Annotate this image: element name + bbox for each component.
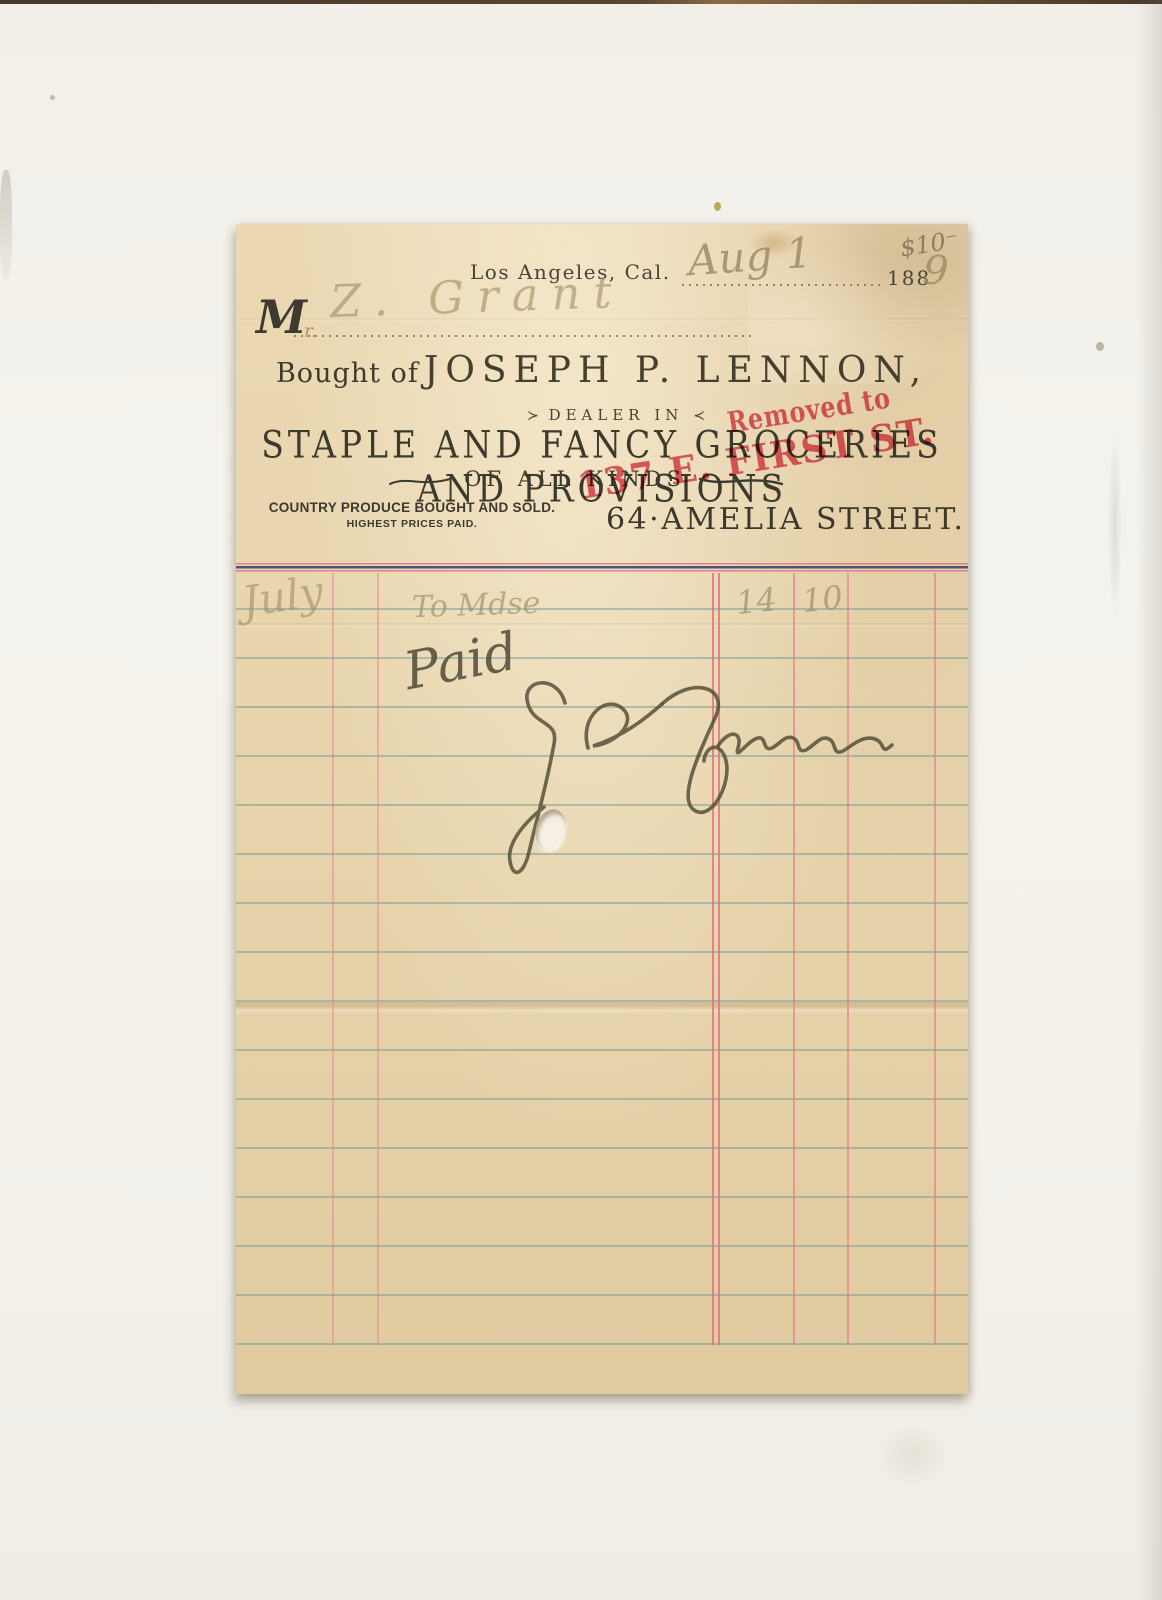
swash-left-icon xyxy=(388,474,452,488)
ledger-column-line xyxy=(332,573,334,1345)
background-speck xyxy=(50,95,55,100)
flourish-left-icon: ≻ xyxy=(527,408,539,424)
produce-notes: COUNTRY PRODUCE BOUGHT AND SOLD. HIGHEST… xyxy=(254,500,570,530)
scanner-right-shade xyxy=(1136,0,1162,1600)
ledger-column-line xyxy=(377,573,379,1345)
handwritten-addressee-name: Z. Grant xyxy=(329,265,625,328)
scanner-left-marks xyxy=(0,170,12,280)
addressee-dotted-rule xyxy=(294,335,756,337)
bought-of-label: Bought of xyxy=(276,358,419,389)
background-speck xyxy=(714,202,721,211)
country-produce-note: COUNTRY PRODUCE BOUGHT AND SOLD. xyxy=(254,500,570,515)
highest-prices-note: HIGHEST PRICES PAID. xyxy=(254,518,570,530)
street-address: 64·AMELIA STREET. xyxy=(606,502,966,537)
handwritten-date: Aug 1 xyxy=(686,228,813,286)
billhead-paper: Los Angeles, Cal. Aug 1 188 9 $10⁻ M r. … xyxy=(236,224,968,1394)
background-smudge xyxy=(878,1425,948,1485)
ledger-header-rule xyxy=(236,563,968,573)
scanner-streak xyxy=(1108,430,1122,620)
entry-amount-cents: 10 xyxy=(800,578,844,620)
merchant-name: JOSEPH P. LENNON, xyxy=(424,350,928,391)
handwritten-title: r. xyxy=(304,320,317,342)
entry-description: To Mdse xyxy=(411,586,541,625)
scanner-top-edge xyxy=(0,0,1162,4)
merchant-signature xyxy=(466,648,926,888)
ledger-column-line xyxy=(934,573,936,1345)
entry-amount-dollars: 14 xyxy=(734,580,778,622)
scanned-billhead-screenshot: { "colors": { "scanner_background": "#f3… xyxy=(0,0,1162,1600)
date-dotted-rule xyxy=(682,284,884,286)
background-speck xyxy=(1096,342,1104,351)
